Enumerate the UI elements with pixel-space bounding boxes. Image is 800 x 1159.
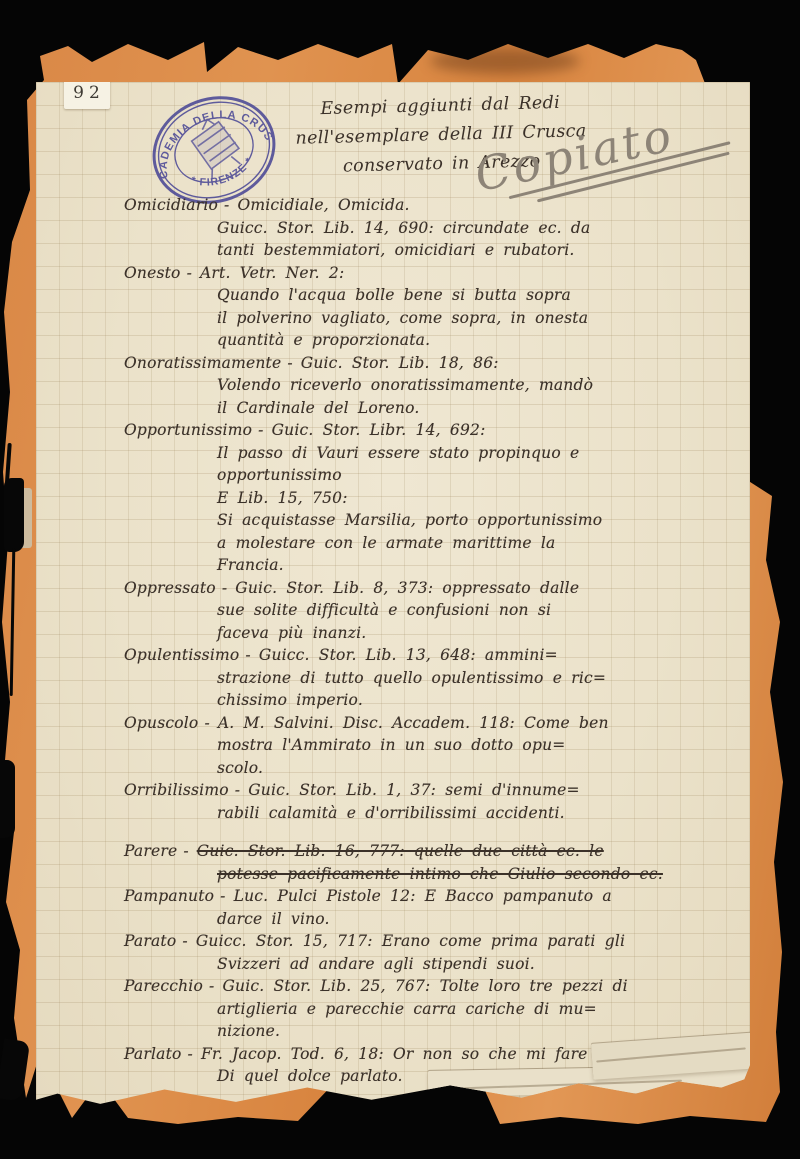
entry-separator: - — [235, 779, 240, 802]
entry-quote-line: potesse pacificamente intimo che Giulio … — [217, 863, 752, 886]
entry-opportunissimo: Opportunissimo-Guic. Stor. Libr. 14, 692… — [124, 419, 752, 577]
entry-quote-line: Guicc. Stor. Lib. 14, 690: circundate ec… — [217, 217, 752, 240]
entry-separator: - — [187, 262, 192, 285]
manuscript-page: 92 ACCADEMIA DELLA CRUSCA * FIRENZE * Es… — [36, 82, 750, 1108]
entry-headword: Opuscolo — [124, 712, 198, 735]
entry-first-line: Oppressato-Guic. Stor. Lib. 8, 373: oppr… — [124, 577, 752, 600]
entry-first-line: Orribilissimo-Guic. Stor. Lib. 1, 37: se… — [124, 779, 752, 802]
entry-first-line: Omicidiario-Omicidiale, Omicida. — [124, 194, 752, 217]
entry-headword: Onoratissimamente — [124, 352, 281, 375]
entry-quote-line: tanti bestemmiatori, omicidiari e rubato… — [217, 239, 752, 262]
entry-citation: Fr. Jacop. Tod. 6, 18: Or non so che mi … — [201, 1045, 588, 1063]
entry-orribilissimo: Orribilissimo-Guic. Stor. Lib. 1, 37: se… — [124, 779, 752, 824]
entry-separator: - — [287, 352, 292, 375]
entry-first-line: Parecchio-Guic. Stor. Lib. 25, 767: Tolt… — [124, 975, 752, 998]
entry-first-line: Parere-Guic. Stor. Lib. 16, 777: quelle … — [124, 840, 752, 863]
entry-oppressato: Oppressato-Guic. Stor. Lib. 8, 373: oppr… — [124, 577, 752, 645]
entry-headword: Onesto — [124, 262, 181, 285]
entry-quote-line: faceva più inanzi. — [217, 622, 752, 645]
entry-citation: Guic. Stor. Lib. 1, 37: semi d'innume= — [248, 781, 579, 799]
entry-citation: Guicc. Stor. Lib. 13, 648: ammini= — [259, 646, 558, 664]
entries: Omicidiario-Omicidiale, Omicida.Guicc. S… — [124, 194, 752, 1088]
entry-first-line: Opportunissimo-Guic. Stor. Libr. 14, 692… — [124, 419, 752, 442]
cardboard-tear — [0, 760, 15, 838]
entry-pampanuto: Pampanuto-Luc. Pulci Pistole 12: E Bacco… — [124, 885, 752, 930]
entry-separator: - — [224, 194, 229, 217]
entry-first-line: Opulentissimo-Guicc. Stor. Lib. 13, 648:… — [124, 644, 752, 667]
entry-quote-line: Il passo di Vauri essere stato propinquo… — [217, 442, 752, 465]
entry-quote-line: artiglieria e parecchie carra cariche di… — [217, 998, 752, 1021]
entry-citation: Guic. Stor. Lib. 18, 86: — [301, 354, 499, 372]
entry-quote-line: E Lib. 15, 750: — [217, 487, 752, 510]
entry-citation: Guic. Stor. Lib. 16, 777: quelle due cit… — [197, 842, 604, 860]
entry-first-line: Opuscolo-A. M. Salvini. Disc. Accadem. 1… — [124, 712, 752, 735]
entry-quote-line: scolo. — [217, 757, 752, 780]
entry-headword: Parere — [124, 840, 177, 863]
cardboard-tear — [4, 478, 24, 552]
entry-headword: Parecchio — [124, 975, 203, 998]
entry-headword: Parlato — [124, 1043, 182, 1066]
entry-parato: Parato-Guicc. Stor. 15, 717: Erano come … — [124, 930, 752, 975]
entry-quote-line: chissimo imperio. — [217, 689, 752, 712]
entry-separator: - — [183, 840, 188, 863]
entry-parecchio: Parecchio-Guic. Stor. Lib. 25, 767: Tolt… — [124, 975, 752, 1043]
entry-headword: Opportunissimo — [124, 419, 252, 442]
entry-first-line: Parato-Guicc. Stor. 15, 717: Erano come … — [124, 930, 752, 953]
entry-quote-line: mostra l'Ammirato in un suo dotto opu= — [217, 734, 752, 757]
entry-citation: A. M. Salvini. Disc. Accadem. 118: Come … — [218, 714, 609, 732]
entry-quote-line: opportunissimo — [217, 464, 752, 487]
entry-separator: - — [245, 644, 250, 667]
entry-headword: Orribilissimo — [124, 779, 229, 802]
entry-headword: Oppressato — [124, 577, 216, 600]
entry-quote-line: il Cardinale del Loreno. — [217, 397, 752, 420]
entry-quote-line: Francia. — [217, 554, 752, 577]
entry-citation: Art. Vetr. Ner. 2: — [200, 264, 344, 282]
entry-quote-line: quantità e proporzionata. — [217, 329, 752, 352]
cardboard-stain — [430, 48, 580, 74]
entry-quote-line: sue solite difficultà e confusioni non s… — [217, 599, 752, 622]
entry-onoratissimamente: Onoratissimamente-Guic. Stor. Lib. 18, 8… — [124, 352, 752, 420]
entry-citation: Guic. Stor. Lib. 25, 767: Tolte loro tre… — [222, 977, 627, 995]
entry-headword: Parato — [124, 930, 176, 953]
entry-quote-line: Quando l'acqua bolle bene si butta sopra — [217, 284, 752, 307]
entry-separator: - — [204, 712, 209, 735]
entry-first-line: Pampanuto-Luc. Pulci Pistole 12: E Bacco… — [124, 885, 752, 908]
entry-separator: - — [188, 1043, 193, 1066]
entry-headword: Omicidiario — [124, 194, 218, 217]
entry-separator: - — [220, 885, 225, 908]
entry-citation: Guic. Stor. Libr. 14, 692: — [272, 421, 486, 439]
entry-citation: Guic. Stor. Lib. 8, 373: oppressato dall… — [235, 579, 579, 597]
entry-separator: - — [222, 577, 227, 600]
entry-parere: Parere-Guic. Stor. Lib. 16, 777: quelle … — [124, 840, 752, 885]
page-number: 92 — [73, 83, 105, 103]
entry-quote-line: strazione di tutto quello opulentissimo … — [217, 667, 752, 690]
entry-quote-line: Svizzeri ad andare agli stipendi suoi. — [217, 953, 752, 976]
entry-citation: Guicc. Stor. 15, 717: Erano come prima p… — [196, 932, 625, 950]
entry-opulentissimo: Opulentissimo-Guicc. Stor. Lib. 13, 648:… — [124, 644, 752, 712]
entry-citation: Omicidiale, Omicida. — [237, 196, 409, 214]
entry-quote-line: darce il vino. — [217, 908, 752, 931]
entry-opuscolo: Opuscolo-A. M. Salvini. Disc. Accadem. 1… — [124, 712, 752, 780]
entry-quote-line: Volendo riceverlo onoratissimamente, man… — [217, 374, 752, 397]
entry-citation: Luc. Pulci Pistole 12: E Bacco pampanuto… — [234, 887, 612, 905]
entry-quote-line: il polverino vagliato, come sopra, in on… — [217, 307, 752, 330]
entry-quote-line: a molestare con le armate marittime la — [217, 532, 752, 555]
entry-omicidiario: Omicidiario-Omicidiale, Omicida.Guicc. S… — [124, 194, 752, 262]
entry-quote-line: rabili calamità e d'orribilissimi accide… — [217, 802, 752, 825]
entry-headword: Opulentissimo — [124, 644, 239, 667]
entry-first-line: Onoratissimamente-Guic. Stor. Lib. 18, 8… — [124, 352, 752, 375]
scan-background: { "colors":{ "background":"#050505", "ca… — [0, 0, 800, 1159]
entry-first-line: Onesto-Art. Vetr. Ner. 2: — [124, 262, 752, 285]
entry-separator: - — [258, 419, 263, 442]
entry-headword: Pampanuto — [124, 885, 214, 908]
entry-separator: - — [209, 975, 214, 998]
entry-onesto: Onesto-Art. Vetr. Ner. 2:Quando l'acqua … — [124, 262, 752, 352]
entry-separator: - — [182, 930, 187, 953]
entry-quote-line: Si acquistasse Marsilia, porto opportuni… — [217, 509, 752, 532]
